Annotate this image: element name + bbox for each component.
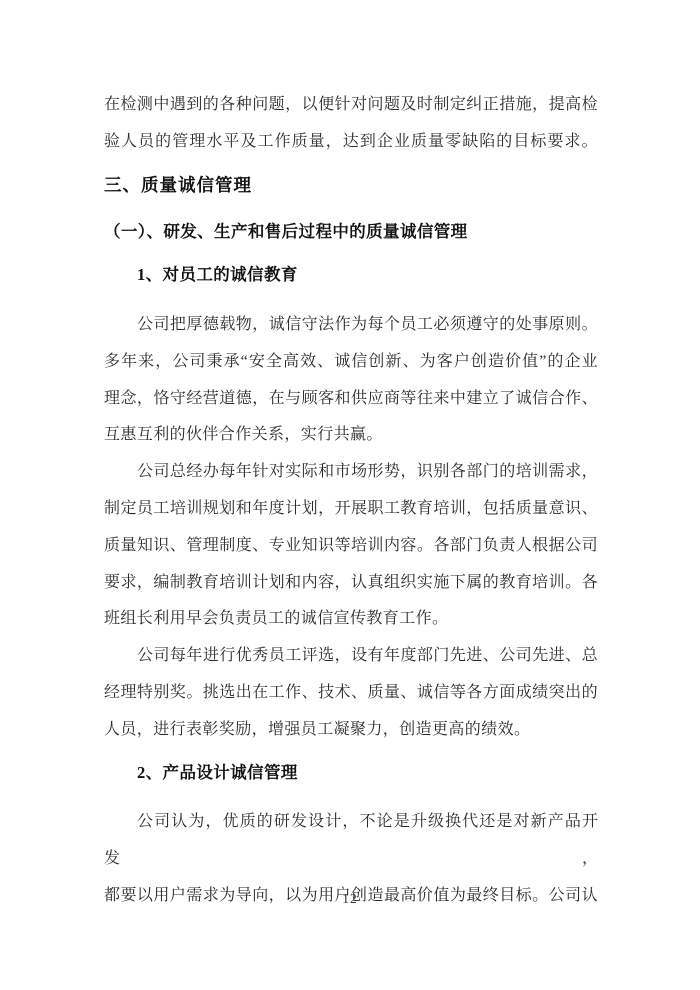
- body-paragraph: 在检测中遇到的各种问题，以便针对问题及时制定纠正措施，提高检 验人员的管理水平及…: [104, 87, 598, 161]
- text-line: 在检测中遇到的各种问题，以便针对问题及时制定纠正措施，提高检: [104, 87, 598, 124]
- text-line: 人员，进行表彰奖励，增强员工凝聚力，创造更高的绩效。: [104, 712, 598, 749]
- body-paragraph: 公司总经办每年针对实际和市场形势，识别各部门的培训需求， 制定员工培训规划和年度…: [104, 454, 598, 638]
- text-line: 公司把厚德载物，诚信守法作为每个员工必须遵守的处事原则。: [104, 307, 598, 344]
- text-line: 公司认为，优质的研发设计，不论是升级换代还是对新产品开发，: [104, 804, 598, 878]
- text-line: 班组长利用早会负责员工的诚信宣传教育工作。: [104, 601, 598, 638]
- text-line: 多年来，公司秉承“安全高效、诚信创新、为客户创造价值”的企业: [104, 344, 598, 381]
- text-line: 质量知识、管理制度、专业知识等培训内容。各部门负责人根据公司: [104, 528, 598, 565]
- text-line: 理念，恪守经营道德，在与顾客和供应商等往来中建立了诚信合作、: [104, 381, 598, 418]
- text-line: 公司总经办每年针对实际和市场形势，识别各部门的培训需求，: [104, 454, 598, 491]
- section-heading-level2: （一）、研发、生产和售后过程中的质量诚信管理: [104, 214, 598, 251]
- text-line: 经理特别奖。挑选出在工作、技术、质量、诚信等各方面成绩突出的: [104, 675, 598, 712]
- text-line: 互惠互利的伙伴合作关系，实行共赢。: [104, 417, 598, 454]
- document-page: 在检测中遇到的各种问题，以便针对问题及时制定纠正措施，提高检 验人员的管理水平及…: [0, 0, 700, 990]
- body-paragraph: 公司把厚德载物，诚信守法作为每个员工必须遵守的处事原则。 多年来，公司秉承“安全…: [104, 307, 598, 454]
- text-line: 制定员工培训规划和年度计划，开展职工教育培训，包括质量意识、: [104, 491, 598, 528]
- section-heading-level1: 三、质量诚信管理: [104, 167, 598, 204]
- text-line: 公司每年进行优秀员工评选，设有年度部门先进、公司先进、总: [104, 638, 598, 675]
- document-content: 在检测中遇到的各种问题，以便针对问题及时制定纠正措施，提高检 验人员的管理水平及…: [104, 87, 598, 915]
- page-number: 12: [0, 891, 700, 907]
- section-heading-level3: 2、产品设计诚信管理: [137, 755, 598, 792]
- section-heading-level3: 1、对员工的诚信教育: [137, 257, 598, 294]
- text-line: 要求，编制教育培训计划和内容，认真组织实施下属的教育培训。各: [104, 565, 598, 602]
- body-paragraph: 公司每年进行优秀员工评选，设有年度部门先进、公司先进、总 经理特别奖。挑选出在工…: [104, 638, 598, 748]
- text-line: 验人员的管理水平及工作质量，达到企业质量零缺陷的目标要求。: [104, 124, 598, 161]
